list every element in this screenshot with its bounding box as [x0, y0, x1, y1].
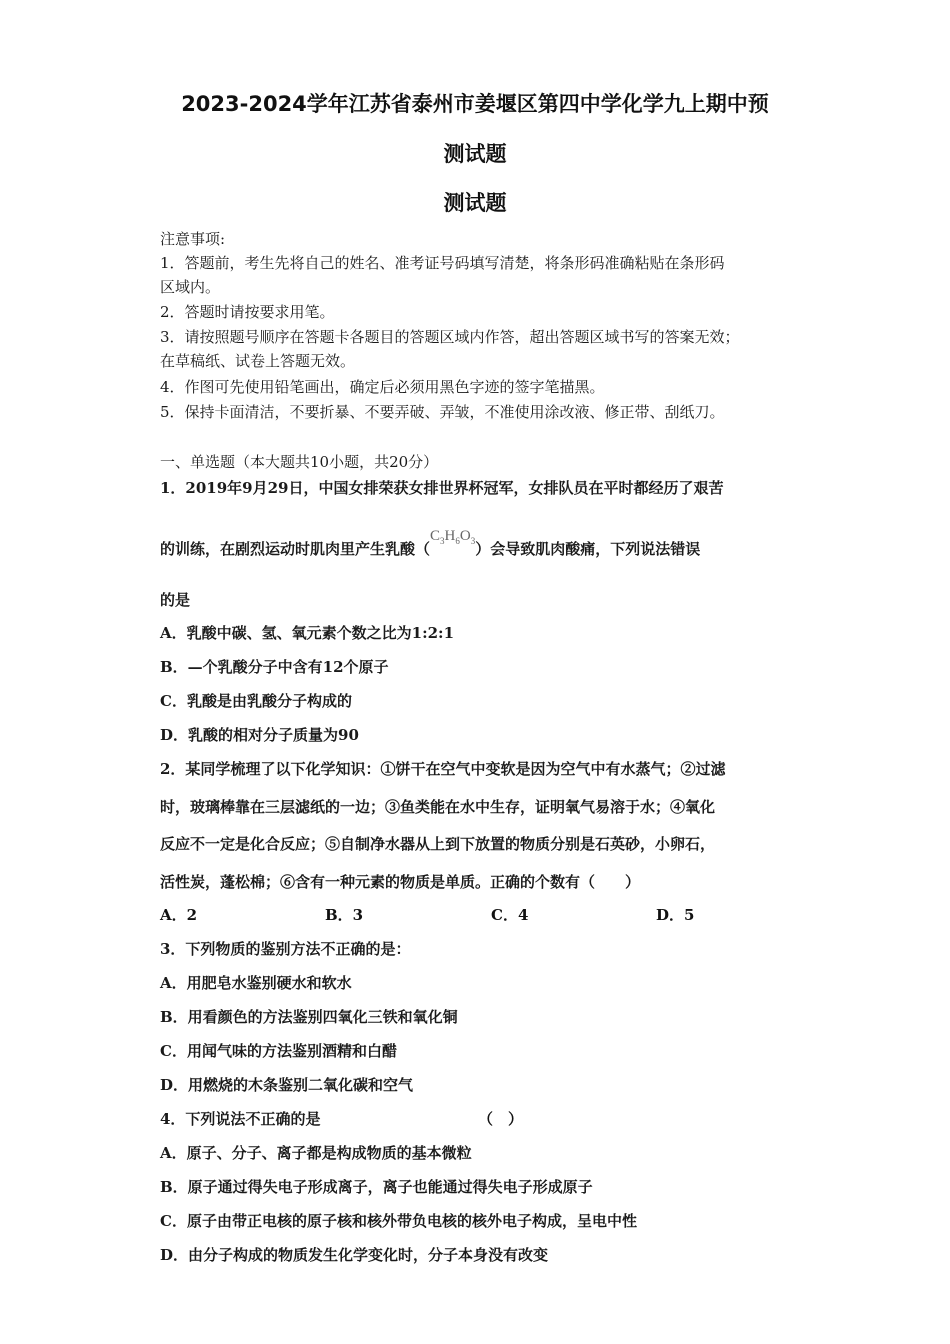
question-2-stem-line: 反应不一定是化合反应；⑤自制净水器从上到下放置的物质分别是石英砂，小卵石， [160, 833, 715, 854]
notice-heading: 注意事项: [160, 228, 225, 249]
question-3-option-d: D．用燃烧的木条鉴别二氧化碳和空气 [160, 1074, 413, 1095]
question-3-option-a: A．用肥皂水鉴别硬水和软水 [160, 972, 352, 993]
question-1-option-b: B．—个乳酸分子中含有12个原子 [160, 656, 389, 677]
question-2-stem-line: 时，玻璃棒靠在三层滤纸的一边；③鱼类能在水中生存，证明氧气易溶于水；④氧化 [160, 796, 715, 817]
notice-item: 5．保持卡面清洁，不要折暴、不要弄破、弄皱，不准使用涂改液、修正带、刮纸刀。 [160, 401, 725, 422]
question-4-option-d: D．由分子构成的物质发生化学变化时，分子本身没有改变 [160, 1244, 548, 1265]
question-4-option-c: C．原子由带正电核的原子核和核外带负电核的核外电子构成，呈电中性 [160, 1210, 637, 1231]
question-2-stem-line: 2．某同学梳理了以下化学知识：①饼干在空气中变软是因为空气中有水蒸气；②过滤 [160, 758, 725, 779]
document-title-line3: 测试题 [0, 187, 950, 217]
question-1-stem-text: ）会导致肌肉酸痛，下列说法错误 [475, 540, 700, 558]
question-1-option-d: D．乳酸的相对分子质量为90 [160, 724, 359, 745]
question-3-option-b: B．用看颜色的方法鉴别四氧化三铁和氧化铜 [160, 1006, 458, 1027]
question-2-stem-line: 活性炭，蓬松棉；⑥含有一种元素的物质是单质。正确的个数有（ ） [160, 871, 640, 892]
question-2-option-d: D．5 [656, 904, 694, 925]
notice-item: 1．答题前，考生先将自己的姓名、准考证号码填写清楚，将条形码准确粘贴在条形码 [160, 252, 725, 273]
question-2-option-a: A．2 [160, 904, 197, 925]
notice-item: 在草稿纸、试卷上答题无效。 [160, 350, 355, 371]
question-1-stem-text: 的训练，在剧烈运动时肌肉里产生乳酸（ [160, 540, 430, 558]
notice-item: 2．答题时请按要求用笔。 [160, 301, 335, 322]
section-heading: 一、单选题（本大题共10小题，共20分） [160, 451, 438, 472]
question-4-option-b: B．原子通过得失电子形成离子，离子也能通过得失电子形成原子 [160, 1176, 593, 1197]
question-4-stem: 4．下列说法不正确的是 [160, 1108, 320, 1129]
notice-item: 4．作图可先使用铅笔画出，确定后必须用黑色字迹的签字笔描黑。 [160, 376, 605, 397]
notice-item: 区域内。 [160, 276, 220, 297]
question-4-answer-blank: （ ） [478, 1108, 523, 1129]
notice-item: 3．请按照题号顺序在答题卡各题目的答题区域内作答，超出答题区域书写的答案无效； [160, 326, 740, 347]
question-1-stem-line3: 的是 [160, 589, 190, 610]
question-1-stem-line1: 1．2019年9月29日，中国女排荣获女排世界杯冠军，女排队员在平时都经历了艰苦 [160, 477, 724, 498]
question-2-option-b: B．3 [325, 904, 363, 925]
question-4-option-a: A．原子、分子、离子都是构成物质的基本微粒 [160, 1142, 472, 1163]
question-1-option-a: A．乳酸中碳、氢、氧元素个数之比为1:2:1 [160, 622, 454, 643]
document-title-line2: 测试题 [0, 138, 950, 168]
question-1-stem-line2: 的训练，在剧烈运动时肌肉里产生乳酸（C3H6O3）会导致肌肉酸痛，下列说法错误 [160, 538, 700, 560]
document-page: 2023-2024学年江苏省泰州市姜堰区第四中学化学九上期中预 测试题 测试题 … [0, 0, 950, 1344]
question-1-option-c: C．乳酸是由乳酸分子构成的 [160, 690, 352, 711]
document-title-line1: 2023-2024学年江苏省泰州市姜堰区第四中学化学九上期中预 [0, 88, 950, 118]
question-2-option-c: C．4 [491, 904, 528, 925]
question-3-stem: 3．下列物质的鉴别方法不正确的是： [160, 938, 410, 959]
chemical-formula-lactic-acid: C3H6O3 [430, 528, 475, 544]
question-3-option-c: C．用闻气味的方法鉴别酒精和白醋 [160, 1040, 397, 1061]
